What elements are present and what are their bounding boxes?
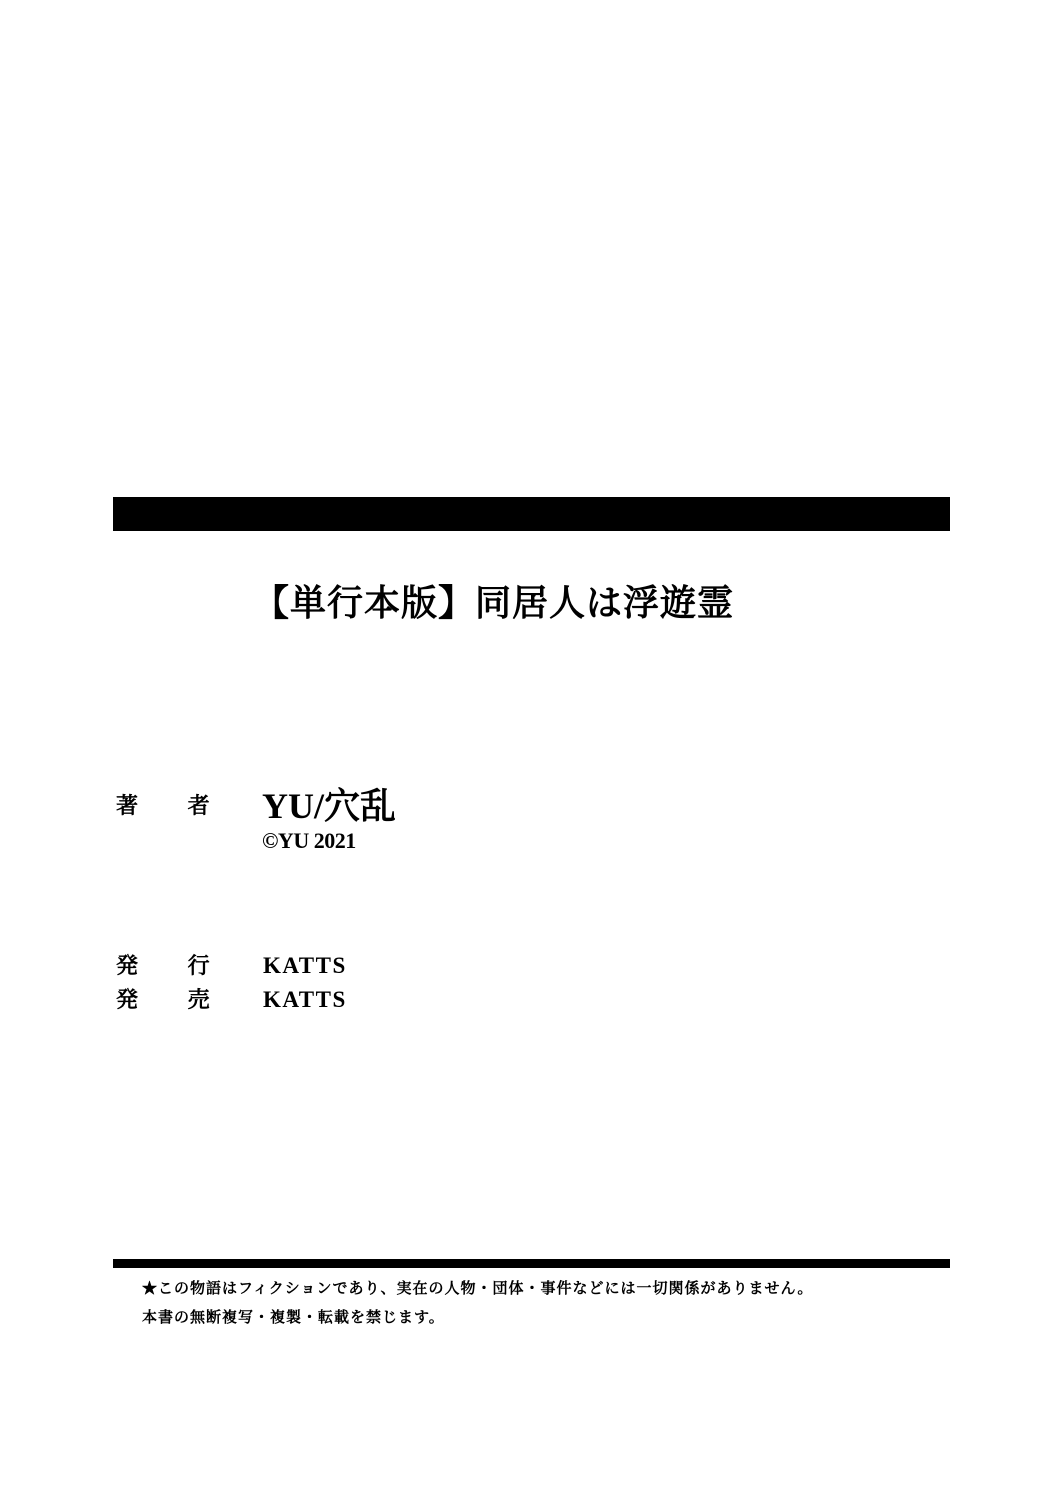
fiction-disclaimer: ★この物語はフィクションであり、実在の人物・団体・事件などには一切関係がありませ… (142, 1277, 813, 1299)
publisher-label: 発 行 (116, 952, 231, 980)
top-divider-bar (113, 497, 950, 531)
distributor-value: KATTS (263, 986, 347, 1014)
bottom-divider-bar (113, 1259, 950, 1268)
distributor-label: 発 売 (116, 986, 231, 1014)
copyright-notice: ©YU 2021 (262, 827, 356, 855)
publisher-value: KATTS (263, 952, 347, 980)
book-title-text: 【単行本版】同居人は浮遊霊 (253, 578, 734, 628)
book-title: 【単行本版】同居人は浮遊霊 (0, 578, 1055, 628)
author-name: YU/穴乱 (262, 784, 396, 828)
copy-prohibition-notice: 本書の無断複写・複製・転載を禁じます。 (142, 1306, 445, 1328)
author-label: 著 者 (116, 792, 231, 820)
